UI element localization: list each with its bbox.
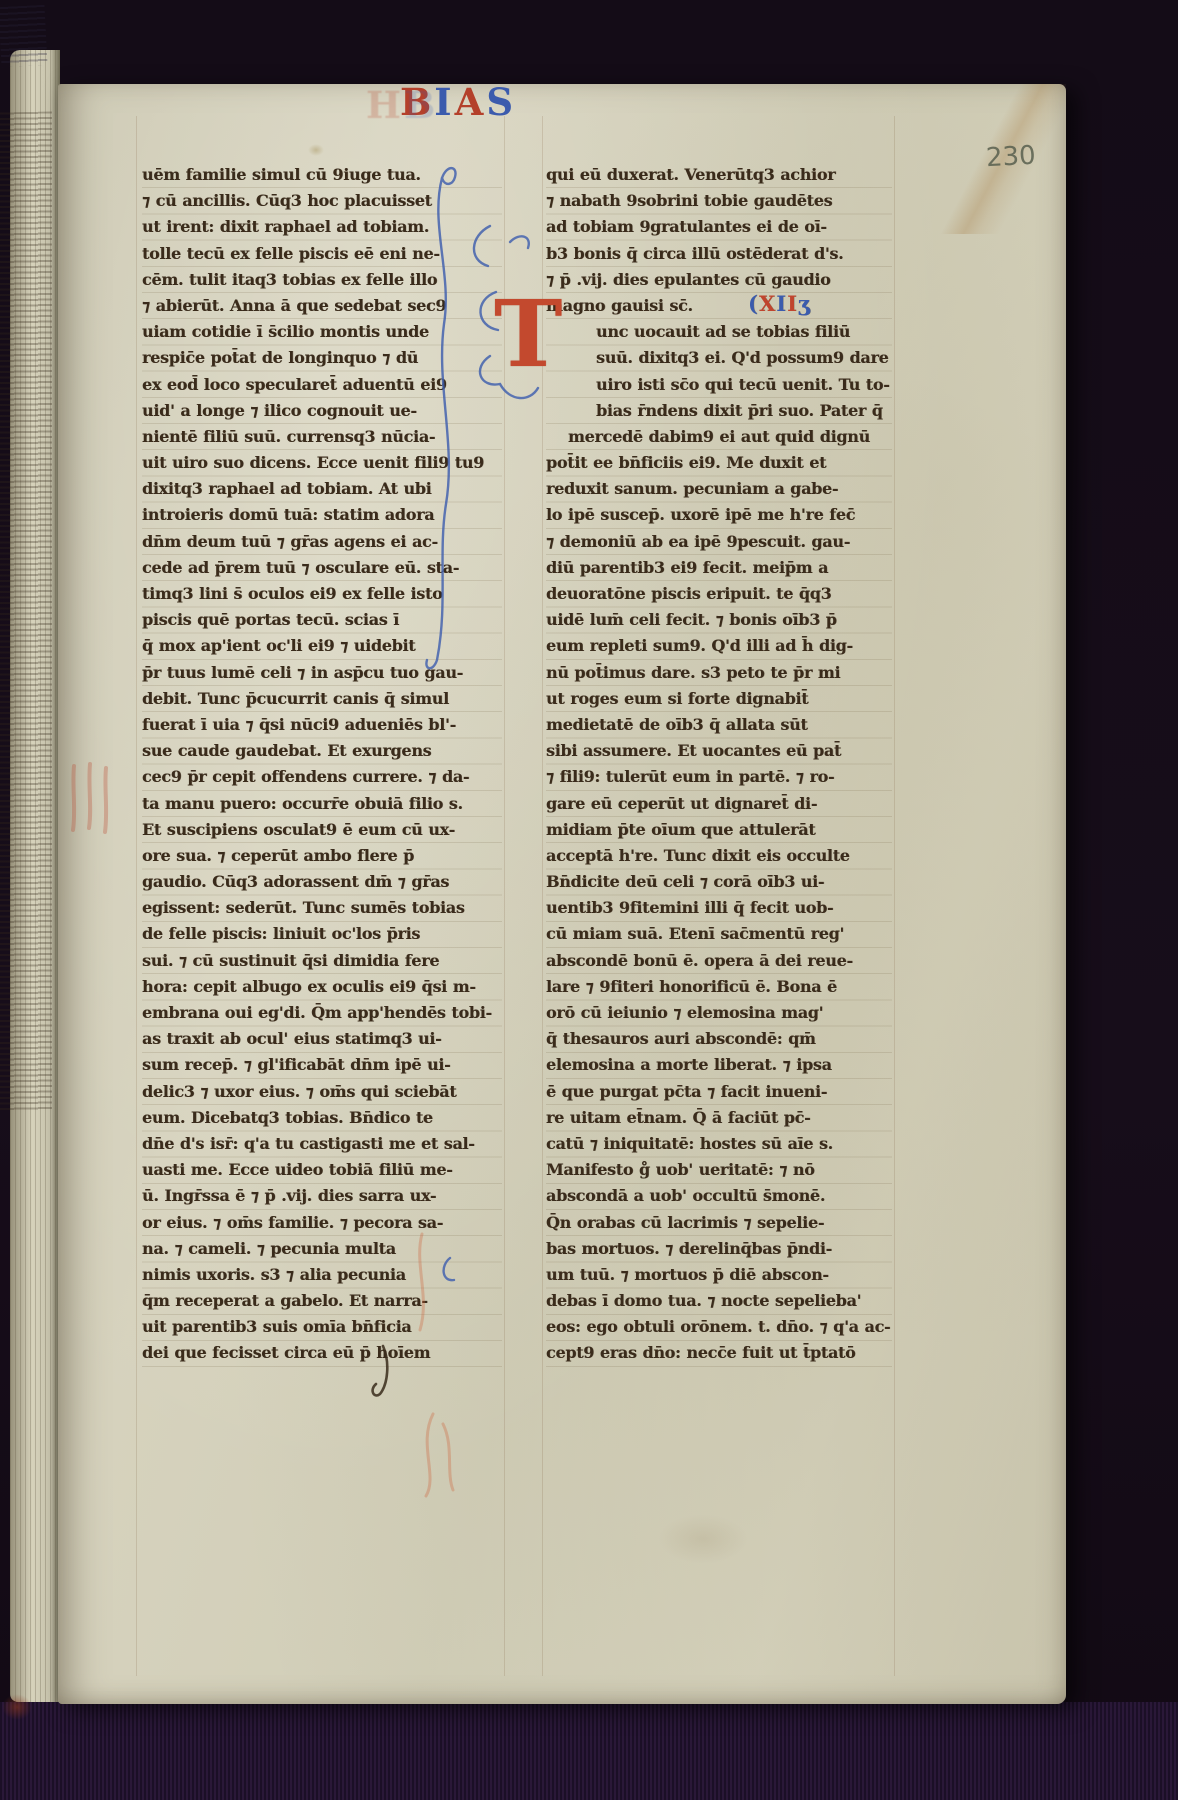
text-line: Manifesto g̊ uob' ueritatē: ⁊ nō — [546, 1157, 892, 1183]
text-line: catū ⁊ iniquitatē: hostes sū aīe s. — [546, 1131, 892, 1157]
gutter-stain — [2, 1694, 32, 1720]
running-title-ghost: HB — [366, 83, 438, 127]
text-line: uidē lum̄ celi fecit. ⁊ bonis oīb3 p̄ — [546, 607, 892, 633]
text-line: sibi assumere. Et uocantes eū pat̄ — [546, 738, 892, 764]
text-line: cec9 p̄r cepit offendens currere. ⁊ da- — [142, 764, 502, 790]
text-line: ta manu puero: occurr̄e obuiā filio s. — [142, 791, 502, 817]
text-line: bias r̄ndens dixit p̄ri suo. Pater q̄ — [546, 398, 892, 424]
text-line: lo ipē suscep̄. uxorē ipē me h're fec̄ — [546, 502, 892, 528]
facing-page-corner-text — [0, 5, 48, 67]
backdrop-cloth — [0, 1702, 1178, 1800]
column-section-chapter11: qui eū duxerat. Venerūtq3 achior⁊ nabath… — [546, 162, 892, 293]
text-line: medietatē de oīb3 q̄ allata sūt — [546, 712, 892, 738]
text-line: orō cū ieiunio ⁊ elemosina mag' — [546, 1000, 892, 1026]
text-line: abscondē bonū ē. opera ā dei reue- — [546, 948, 892, 974]
column-section-chapter12: unc uocauit ad se tobias filiūsuū. dixit… — [546, 319, 892, 1367]
text-line: Bn̄dicite deū celi ⁊ corā oīb3 ui- — [546, 869, 892, 895]
text-line: uid' a longe ⁊ ilico cognouit ue- — [142, 398, 502, 424]
running-title-ghost-letter: H — [366, 83, 404, 127]
text-line: ⁊ fili9: tulerūt eum in partē. ⁊ ro- — [546, 764, 892, 790]
text-line: uit parentib3 suis omīa bn̄ficia — [142, 1314, 502, 1340]
text-line: nū pot̄imus dare. s3 peto te p̄r mi — [546, 660, 892, 686]
text-line: ē que purgat pc̄ta ⁊ facit inueni- — [546, 1079, 892, 1105]
text-line: respic̄e pot̄at de longinquo ⁊ dū — [142, 345, 502, 371]
text-line: timq3 lini s̄ oculos ei9 ex felle isto — [142, 581, 502, 607]
text-column-right: qui eū duxerat. Venerūtq3 achior⁊ nabath… — [546, 162, 892, 1367]
text-line: ut irent: dixit raphael ad tobiam. — [142, 214, 502, 240]
facing-page-edge-text — [0, 111, 52, 1112]
text-line: uēm familie simul cū 9iuge tua. — [142, 162, 502, 188]
text-line: dn̄m deum tuū ⁊ gr̄as agens ei ac- — [142, 529, 502, 555]
text-line: de felle piscis: liniuit oc'los p̄ris — [142, 921, 502, 947]
chapter-numeral-letter: I — [787, 291, 798, 317]
parchment-spot — [658, 1514, 748, 1564]
text-line: introieris domū tuā: statim adora — [142, 502, 502, 528]
text-line: um tuū. ⁊ mortuos p̄ diē abscon- — [546, 1262, 892, 1288]
text-line: debas ī domo tua. ⁊ nocte sepelieba' — [546, 1288, 892, 1314]
text-line: ⁊ cū ancillis. Cūq3 hoc placuisset — [142, 188, 502, 214]
parchment-spot — [308, 144, 324, 156]
text-line: nimis uxoris. s3 ⁊ alia pecunia — [142, 1262, 502, 1288]
text-line: uentib3 9fitemini illi q̄ fecit uob- — [546, 895, 892, 921]
text-line: cū miam suā. Etenī sac̄mentū reg' — [546, 921, 892, 947]
text-column-left: uēm familie simul cū 9iuge tua.⁊ cū anci… — [142, 162, 502, 1367]
text-line: pot̄it ee bn̄ficiis ei9. Me duxit et — [546, 450, 892, 476]
text-line: sum recep̄. ⁊ gl'ificabāt dn̄m ipē ui- — [142, 1052, 502, 1078]
manuscript-page: HB BIAS 230 uēm familie simul cū 9iuge t… — [58, 84, 1066, 1704]
text-line: uiro isti sc̄o qui tecū uenit. Tu to- — [546, 372, 892, 398]
text-line: p̄r tuus lumē celi ⁊ in asp̄cu tuo gau- — [142, 660, 502, 686]
running-title-letter: A — [455, 80, 487, 124]
chapter-numeral: (XIIʒ — [748, 291, 811, 317]
text-line: deuoratōne piscis eripuit. te q̄q3 — [546, 581, 892, 607]
text-line: reduxit sanum. pecuniam a gabe- — [546, 476, 892, 502]
text-line: sui. ⁊ cū sustinuit q̄si dimidia fere — [142, 948, 502, 974]
text-line: uasti me. Ecce uideo tobiā filiū me- — [142, 1157, 502, 1183]
text-line: dixitq3 raphael ad tobiam. At ubi — [142, 476, 502, 502]
text-line: gaudio. Cūq3 adorassent dm̄ ⁊ gr̄as — [142, 869, 502, 895]
rubric-line: magno gauisi sc̄. (XIIʒ — [546, 293, 892, 319]
text-line: elemosina a morte liberat. ⁊ ipsa — [546, 1052, 892, 1078]
running-title-letter: S — [486, 80, 516, 124]
text-line: unc uocauit ad se tobias filiū — [546, 319, 892, 345]
text-line: Et suscipiens osculat9 ē eum cū ux- — [142, 817, 502, 843]
text-line: suū. dixitq3 ei. Q'd possum9 dare — [546, 345, 892, 371]
text-line: ⁊ abierūt. Anna ā que sedebat sec9 — [142, 293, 502, 319]
text-line: gare eū ceperūt ut dignaret̄ di- — [546, 791, 892, 817]
photo-backdrop: HB BIAS 230 uēm familie simul cū 9iuge t… — [0, 0, 1178, 1800]
text-line: cēm. tulit itaq3 tobias ex felle illo — [142, 267, 502, 293]
text-line: ex eod̄ loco specularet̄ aduentū ei9 — [142, 372, 502, 398]
text-line: eos: ego obtuli orōnem. t. dn̄o. ⁊ q'a a… — [546, 1314, 892, 1340]
running-title-ghost-letter: B — [404, 83, 438, 127]
chapter-numeral-letter: ʒ — [798, 291, 811, 317]
text-line: eum repleti sum9. Q'd illi ad h̄ dig- — [546, 633, 892, 659]
text-line: uit uiro suo dicens. Ecce uenit fili9 tu… — [142, 450, 502, 476]
text-line: bas mortuos. ⁊ derelinq̄bas p̄ndi- — [546, 1236, 892, 1262]
text-line: fuerat ī uia ⁊ q̄si nūci9 adueniēs bl'- — [142, 712, 502, 738]
text-line: diū parentib3 ei9 fecit. meip̄m a — [546, 555, 892, 581]
text-line: ⁊ p̄ .vij. dies epulantes cū gaudio — [546, 267, 892, 293]
text-line: midiam p̄te oīum que attulerāt — [546, 817, 892, 843]
text-line: ū. Ingr̄ssa ē ⁊ p̄ .vij. dies sarra ux- — [142, 1183, 502, 1209]
ruling-vertical-line — [894, 116, 895, 1676]
text-line: cept9 eras dn̄o: necc̄e fuit ut t̄ptatō — [546, 1340, 892, 1366]
text-line: na. ⁊ cameli. ⁊ pecunia multa — [142, 1236, 502, 1262]
text-line: as traxit ab ocul' eius statimq3 ui- — [142, 1026, 502, 1052]
text-line: or eius. ⁊ om̄s familie. ⁊ pecora sa- — [142, 1210, 502, 1236]
text-line: hora: cepit albugo ex oculis ei9 q̄si m- — [142, 974, 502, 1000]
text-line: acceptā h're. Tunc dixit eis occulte — [546, 843, 892, 869]
text-line: ⁊ demoniū ab ea ipē 9pescuit. gau- — [546, 529, 892, 555]
folio-number: 230 — [985, 141, 1036, 174]
text-line: abscondā a uob' occultū s̄monē. — [546, 1183, 892, 1209]
text-line: q̄m receperat a gabelo. Et narra- — [142, 1288, 502, 1314]
text-line: ore sua. ⁊ ceperūt ambo flere p̄ — [142, 843, 502, 869]
text-line: ⁊ nabath 9sobrini tobie gaudētes — [546, 188, 892, 214]
text-line: q̄ mox ap'ient oc'li ei9 ⁊ uidebit — [142, 633, 502, 659]
text-line: cede ad p̄rem tuū ⁊ osculare eū. sta- — [142, 555, 502, 581]
text-line: mercedē dabim9 ei aut quid dignū — [546, 424, 892, 450]
text-line: ad tobiam 9gratulantes ei de oī- — [546, 214, 892, 240]
text-line: qui eū duxerat. Venerūtq3 achior — [546, 162, 892, 188]
text-line: egissent: sederūt. Tunc sumēs tobias — [142, 895, 502, 921]
text-line: embrana oui eg'di. Q̄m app'hendēs tobi- — [142, 1000, 502, 1026]
text-line: dei que fecisset circa eū p̄ hoīem — [142, 1340, 502, 1366]
text-line: nientē filiū suū. currensq3 nūcia- — [142, 424, 502, 450]
text-line: eum. Dicebatq3 tobias. Bn̄dico te — [142, 1105, 502, 1131]
text-line: tolle tecū ex felle piscis eē eni ne- — [142, 241, 502, 267]
chapter-initial: T — [494, 288, 574, 388]
chapter-numeral-letter: I — [776, 291, 787, 317]
text-line: ut roges eum si forte dignabit̄ — [546, 686, 892, 712]
text-line: b3 bonis q̄ circa illū ostēderat d's. — [546, 241, 892, 267]
ruling-vertical-line — [136, 116, 137, 1676]
text-line: re uitam et̄nam. Q̄ ā faciūt pc̄- — [546, 1105, 892, 1131]
text-line: q̄ thesauros auri abscondē: qm̄ — [546, 1026, 892, 1052]
red-margin-ghost — [73, 764, 106, 832]
text-line: delic3 ⁊ uxor eius. ⁊ om̄s qui sciebāt — [142, 1079, 502, 1105]
chapter-numeral-letter: X — [759, 291, 776, 317]
running-title: HB BIAS — [400, 80, 516, 124]
text-line: uiam cotidie ī s̄cilio montis unde — [142, 319, 502, 345]
text-line: lare ⁊ 9fiteri honorificū ē. Bona ē — [546, 974, 892, 1000]
chapter-numeral-letter: ( — [748, 291, 759, 317]
text-line: Q̄n orabas cū lacrimis ⁊ sepelie- — [546, 1210, 892, 1236]
text-line: dn̄e d's isr̄: q'a tu castigasti me et s… — [142, 1131, 502, 1157]
text-line: debit. Tunc p̄cucurrit canis q̄ simul — [142, 686, 502, 712]
text-line: piscis quē portas tecū. scias ī — [142, 607, 502, 633]
text-line: sue caude gaudebat. Et exurgens — [142, 738, 502, 764]
